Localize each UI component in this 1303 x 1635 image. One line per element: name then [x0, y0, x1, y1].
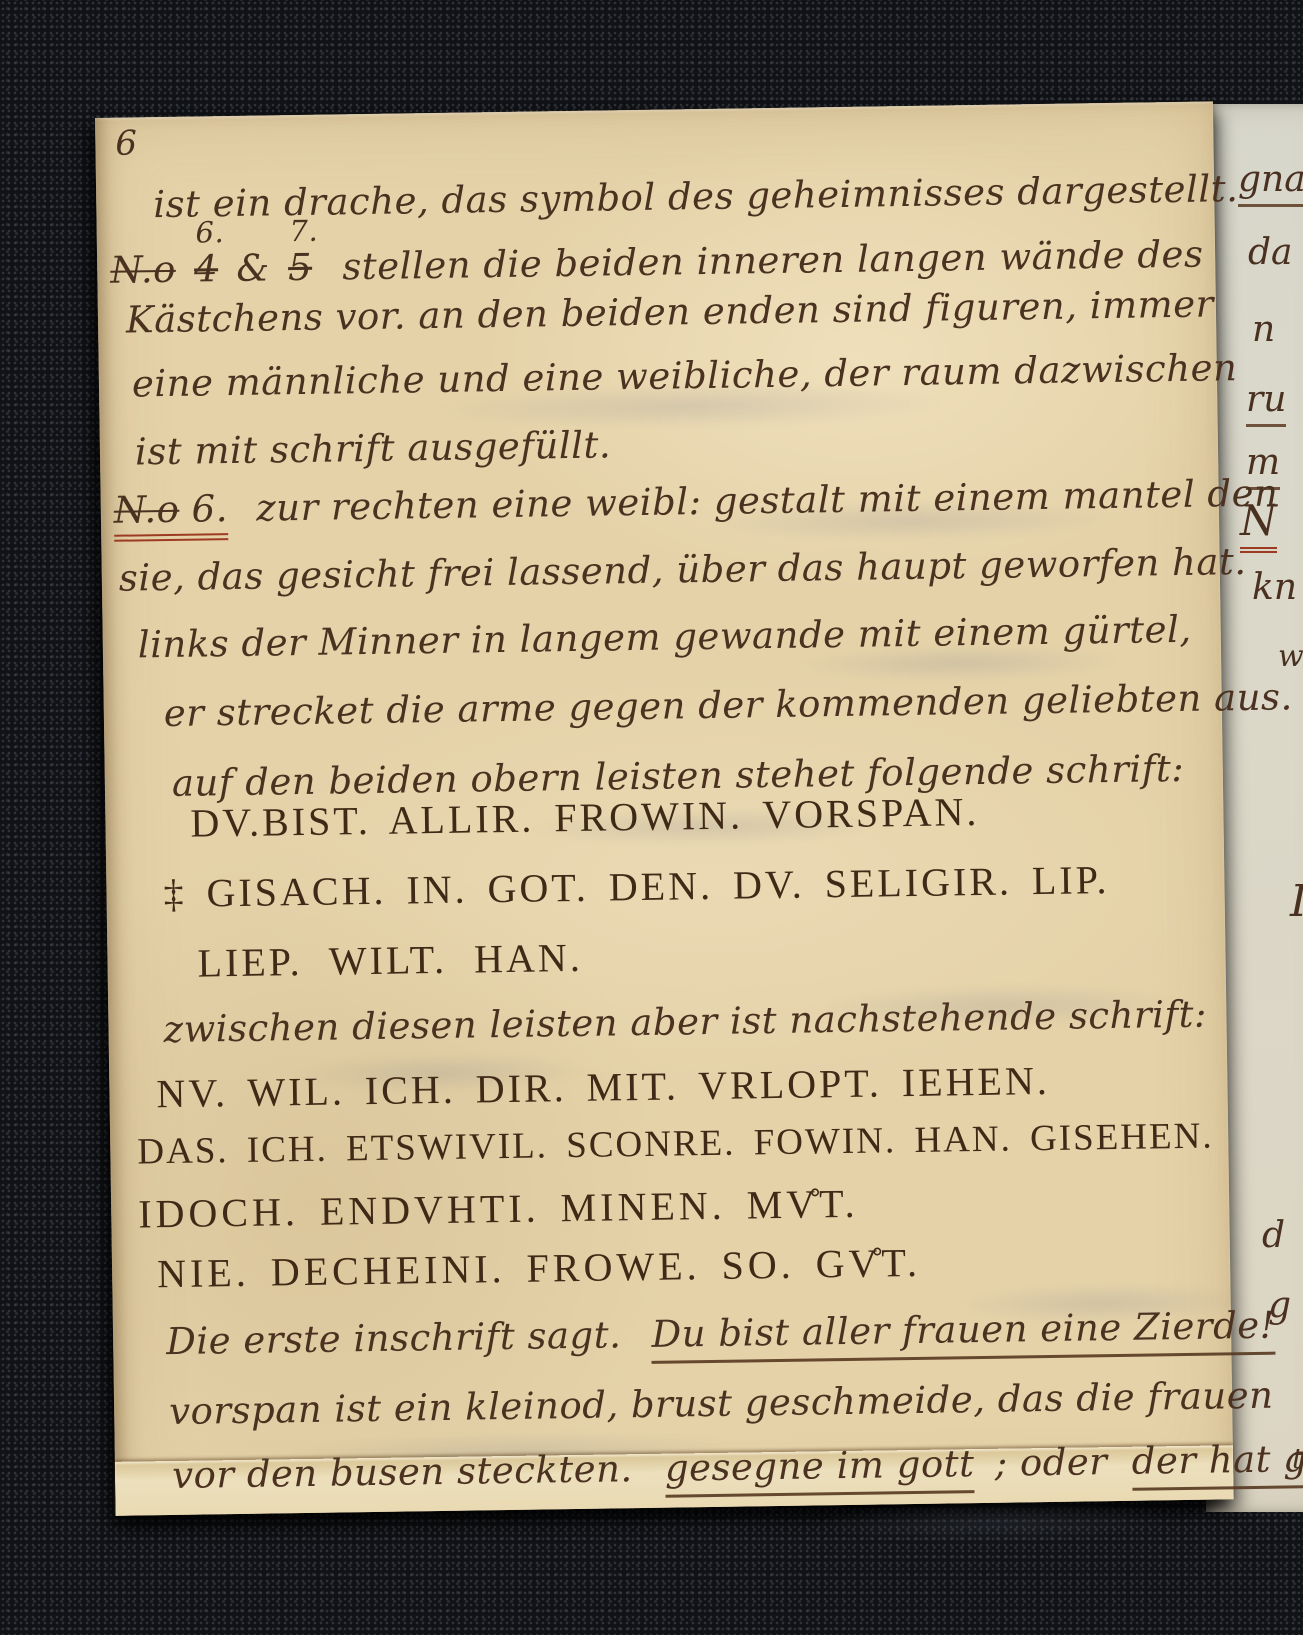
- manuscript-page: 6 ist ein drache, das symbol des geheimn…: [95, 101, 1234, 1515]
- inscription-line-caps: IDOCH. ENDVHTI. MINEN. MV̊T.: [138, 1179, 859, 1240]
- adjacent-page-fragment: gna: [1238, 162, 1303, 207]
- inscription-line-caps: ‡ GISACH. IN. GOT. DEN. DV. SELIGIR. LIP…: [163, 855, 1110, 919]
- handwritten-line-with-underline: Die erste inschrift sagt. Du bist aller …: [166, 1303, 1276, 1366]
- inscription-line-caps: DV.BIST. ALLIR. FROWIN. VORSPAN.: [190, 787, 980, 849]
- underlined-phrase: Du bist aller frauen eine Zierde!: [651, 1304, 1275, 1364]
- corrected-number: 57.: [288, 245, 313, 292]
- handwritten-line: er strecket die arme gegen der kommenden…: [164, 674, 1294, 737]
- handwritten-line: eine männliche und eine weibliche, der r…: [132, 345, 1238, 408]
- line-text: stellen die beiden inneren langen wände …: [342, 233, 1204, 289]
- photograph-of-manuscript: { "main_page": { "page_number": "6", "li…: [0, 0, 1303, 1635]
- inscription-line-caps: LIEP. WILT. HAN.: [197, 933, 583, 989]
- inscription-line-caps: NV. WIL. ICH. DIR. MIT. VRLOPT. IEHEN.: [156, 1056, 1050, 1119]
- adjacent-page-fragment: I: [1290, 880, 1303, 924]
- adjacent-page-fragment: d: [1262, 1218, 1285, 1254]
- ampersand: &: [236, 246, 270, 289]
- adjacent-page-fragment: ru: [1246, 382, 1286, 427]
- handwritten-line: vorspan ist ein kleinod, brust geschmeid…: [169, 1373, 1274, 1436]
- underlined-phrase: der hat gold: [1131, 1436, 1303, 1490]
- adjacent-page-fragment: kn: [1252, 570, 1297, 606]
- inscription-line-caps: DAS. ICH. ETSWIVIL. SCONRE. FOWIN. HAN. …: [137, 1114, 1214, 1176]
- corrected-number: 46.: [194, 246, 219, 293]
- line-text: vor den busen steckten.: [172, 1447, 633, 1497]
- page-number: 6: [115, 123, 137, 163]
- line-text: zur rechten eine weibl: gestalt mit eine…: [256, 471, 1279, 529]
- adjacent-page-fragment: n: [1252, 312, 1275, 348]
- line-text: ; oder: [994, 1440, 1107, 1485]
- handwritten-line-with-underline: vor den busen steckten. gesegne im gott …: [172, 1435, 1303, 1499]
- underlined-phrase: gesegne im gott: [665, 1442, 975, 1498]
- handwritten-line: sie, das gesicht frei lassend, über das …: [118, 539, 1246, 602]
- handwritten-line: links der Minner in langem gewande mit e…: [137, 607, 1191, 669]
- inscription-line-caps: NIE. DECHEINI. FROWE. SO. GV̊T.: [157, 1238, 922, 1299]
- numero-abbreviation: N.o: [110, 248, 176, 292]
- handwritten-line: zwischen diesen leisten aber ist nachste…: [163, 992, 1207, 1054]
- handwritten-line-section-heading: N.o 6. zur rechten eine weibl: gestalt m…: [113, 470, 1278, 534]
- section-number-red-underline: N.o 6.: [114, 487, 229, 542]
- line-text: Die erste inschrift sagt.: [166, 1313, 622, 1363]
- adjacent-page-fragment: w: [1278, 642, 1303, 672]
- handwritten-line: ist mit schrift ausgefüllt.: [135, 422, 612, 475]
- adjacent-page-fragment: da: [1248, 235, 1293, 271]
